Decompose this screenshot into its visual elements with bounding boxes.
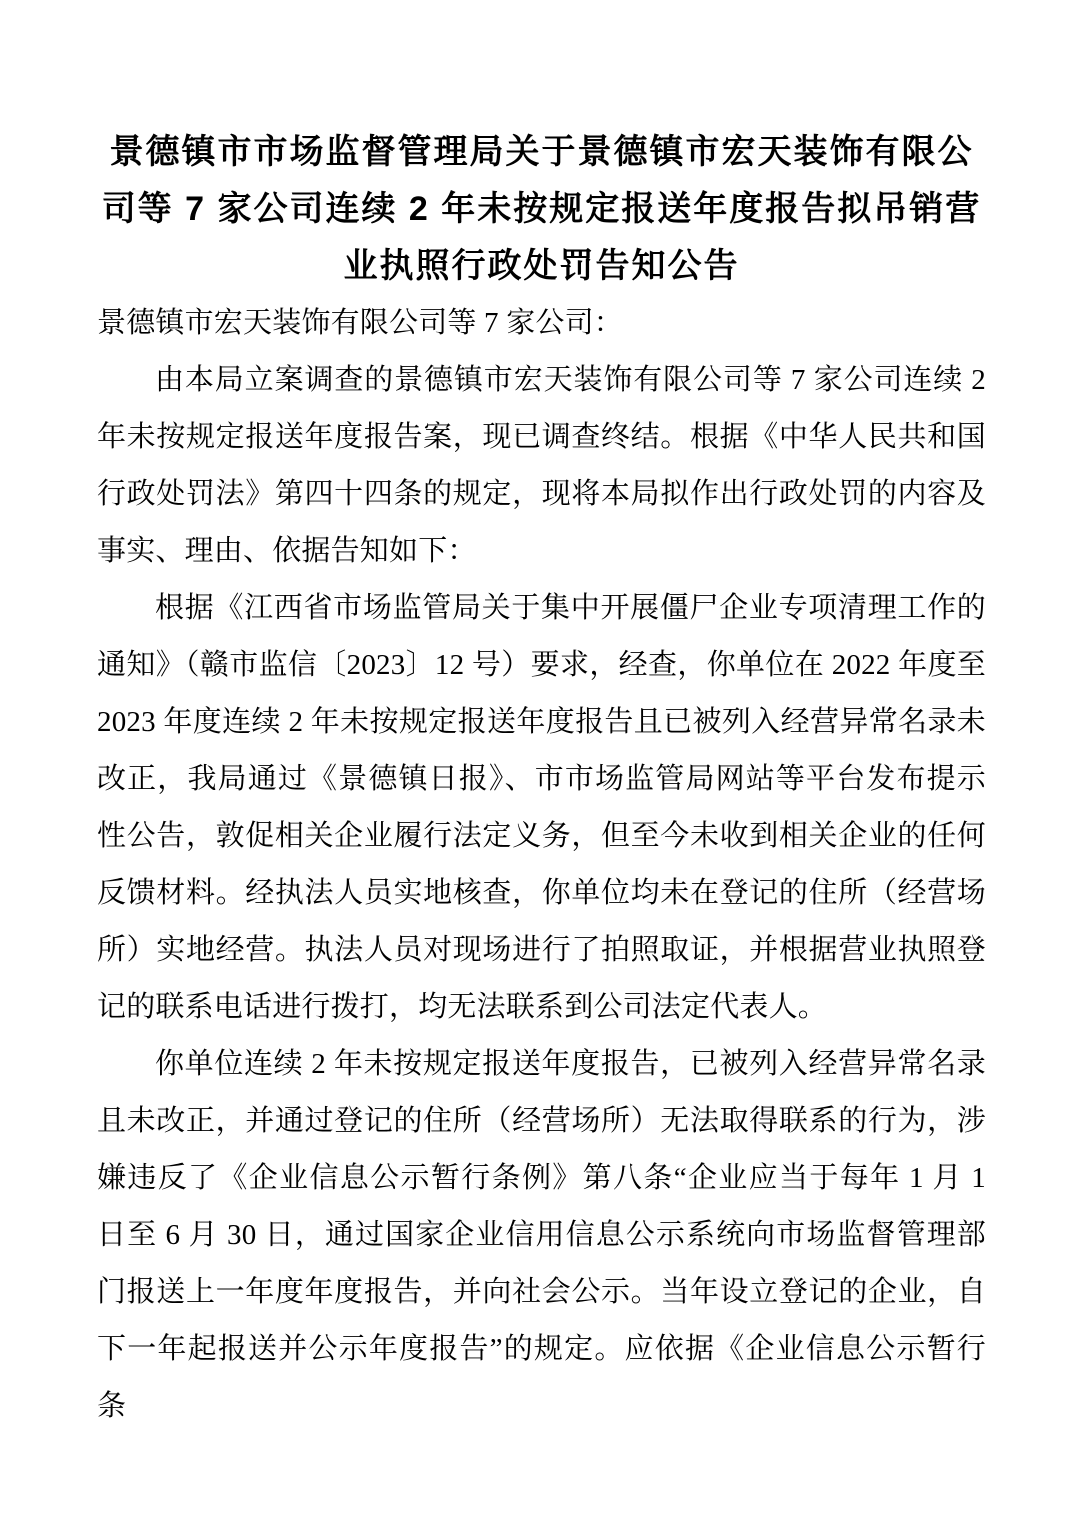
document-body: 景德镇市宏天装饰有限公司等 7 家公司： 由本局立案调查的景德镇市宏天装饰有限公… (97, 295, 986, 1435)
paragraph-violation-basis: 你单位连续 2 年未按规定报送年度报告，已被列入经营异常名录且未改正，并通过登记… (97, 1036, 986, 1435)
salutation-line: 景德镇市宏天装饰有限公司等 7 家公司： (97, 295, 986, 352)
paragraph-case-summary: 由本局立案调查的景德镇市宏天装饰有限公司等 7 家公司连续 2 年未按规定报送年… (97, 352, 986, 580)
document-page: 景德镇市市场监督管理局关于景德镇市宏天装饰有限公司等 7 家公司连续 2 年未按… (0, 0, 1074, 1520)
document-title: 景德镇市市场监督管理局关于景德镇市宏天装饰有限公司等 7 家公司连续 2 年未按… (97, 124, 986, 295)
paragraph-investigation-facts: 根据《江西省市场监管局关于集中开展僵尸企业专项清理工作的通知》（赣市监信〔202… (97, 580, 986, 1036)
